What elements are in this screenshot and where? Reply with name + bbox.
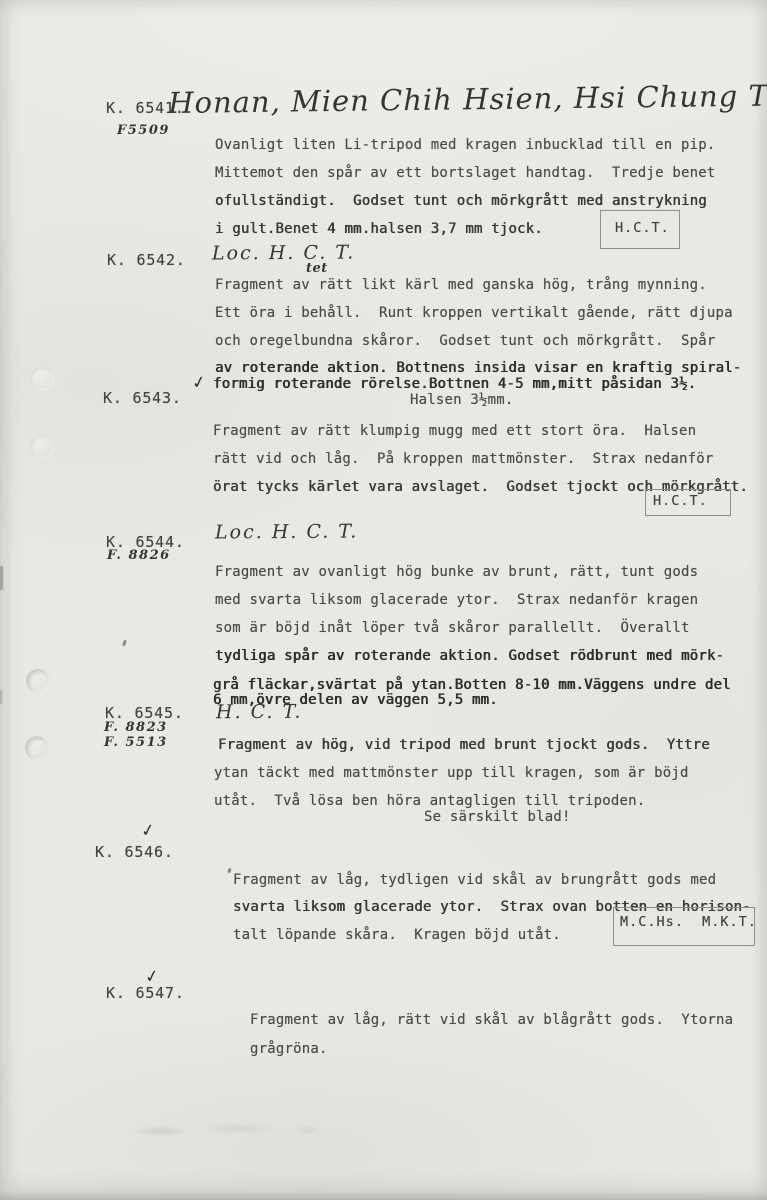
catalog-number: K. 6542. xyxy=(107,253,186,268)
ink-speck xyxy=(227,868,231,874)
typed-line: Mittemot den spår av ett bortslaget hand… xyxy=(215,165,715,181)
typed-line: talt löpande skåra. Kragen böjd utåt. xyxy=(233,927,561,943)
handwritten-location: H. C. T. xyxy=(216,701,303,724)
handwritten-find-number: F. 8823 xyxy=(104,720,168,735)
catalog-number: K. 6547. xyxy=(106,986,185,1001)
typed-line: i gult.Benet 4 mm.halsen 3,7 mm tjock. xyxy=(215,221,543,237)
typed-line: Fragment av rätt klumpig mugg med ett st… xyxy=(213,423,696,439)
typed-line: Fragment av hög, vid tripod med brunt tj… xyxy=(218,737,710,753)
handwritten-find-number: F5509 xyxy=(117,123,170,138)
handwritten-site-header: Honan, Mien Chih Hsien, Hsi Chung Tsun. xyxy=(168,78,767,120)
typed-line: Halsen 3½mm. xyxy=(410,392,514,408)
typed-line: Ovanligt liten Li-tripod med kragen inbu… xyxy=(215,137,715,153)
punch-hole xyxy=(30,367,54,391)
stamp-initials: H.C.T. xyxy=(615,222,670,236)
handwritten-insertion: tet xyxy=(306,261,328,276)
typed-line: utåt. Två lösa ben höra antagligen till … xyxy=(214,793,645,809)
typed-line: Fragment av rätt likt kärl med ganska hö… xyxy=(215,277,707,293)
typed-line: och oregelbundna skåror. Godset tunt och… xyxy=(215,333,715,349)
typed-line: ytan täckt med mattmönster upp till krag… xyxy=(214,765,689,781)
stamp-initials: H.C.T. xyxy=(653,495,708,509)
bleed-through-smudge xyxy=(122,1118,332,1142)
handwritten-location: Loc. H. C. T. xyxy=(212,242,355,265)
typed-line: som är böjd inåt löper två skåror parall… xyxy=(215,620,690,636)
checkmark-annotation: ✓ xyxy=(139,820,157,842)
typed-line: med svarta liksom glacerade ytor. Strax … xyxy=(215,592,698,608)
handwritten-find-number: F. 8826 xyxy=(107,548,171,563)
catalog-number: K. 6543. xyxy=(103,391,182,406)
typed-line: rätt vid och låg. På kroppen mattmönster… xyxy=(213,451,713,467)
punch-hole xyxy=(25,736,49,760)
checkmark-annotation: ✓ xyxy=(190,372,208,394)
typed-line: Fragment av ovanligt hög bunke av brunt,… xyxy=(215,564,698,580)
stamp-initials: M.C.Hs. M.K.T. xyxy=(620,916,757,930)
scan-edge-mark xyxy=(0,690,2,704)
typed-line: tydliga spår av roterande aktion. Godset… xyxy=(215,648,724,664)
catalog-page: K. 6541. F5509 Honan, Mien Chih Hsien, H… xyxy=(0,0,767,1200)
typed-line: grågröna. xyxy=(250,1041,328,1057)
handwritten-find-number: F. 5513 xyxy=(104,735,168,750)
typed-line: ofullständigt. Godset tunt och mörkgrått… xyxy=(215,193,707,209)
typed-line: Ett öra i behåll. Runt kroppen vertikalt… xyxy=(215,305,733,321)
catalog-number: K. 6545. xyxy=(105,706,184,721)
typed-line: grå fläckar,svärtat på ytan.Botten 8-10 … xyxy=(213,677,731,693)
ink-speck xyxy=(122,640,127,647)
typed-line: Fragment av låg, rätt vid skål av blågrå… xyxy=(250,1012,733,1028)
page-bottom-shadow xyxy=(0,1191,767,1200)
typed-line: Fragment av låg, tydligen vid skål av br… xyxy=(233,872,716,888)
scan-edge-mark xyxy=(0,566,3,590)
typed-line: Se särskilt blad! xyxy=(424,809,571,825)
typed-line: av roterande aktion. Bottnens insida vis… xyxy=(215,360,741,376)
catalog-number: K. 6546. xyxy=(95,845,174,860)
punch-hole xyxy=(26,669,50,693)
punch-hole xyxy=(30,435,54,459)
typed-line: formig roterande rörelse.Bottnen 4-5 mm,… xyxy=(213,376,696,392)
handwritten-location: Loc. H. C. T. xyxy=(215,521,358,544)
